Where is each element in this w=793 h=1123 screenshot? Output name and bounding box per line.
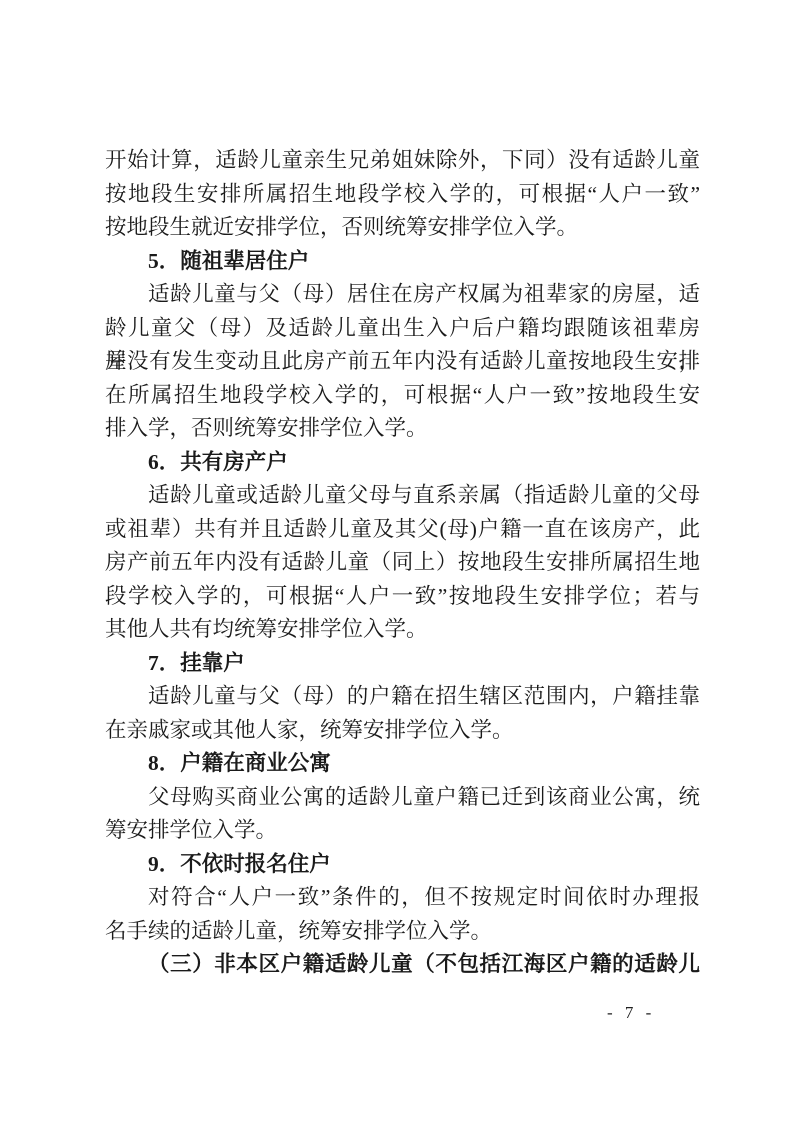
paragraph-line: 适龄儿童或适龄儿童父母与直系亲属（指适龄儿童的父母	[105, 479, 700, 513]
paragraph-line: 并没有发生变动且此房产前五年内没有适龄儿童按地段生安排	[105, 345, 700, 379]
paragraph-line: 在所属招生地段学校入学的，可根据“人户一致”按地段生安	[105, 379, 700, 413]
subsection-heading-non-district: （三）非本区户籍适龄儿童（不包括江海区户籍的适龄儿	[105, 948, 700, 982]
paragraph-line: 开始计算，适龄儿童亲生兄弟姐妹除外，下同）没有适龄儿童	[105, 144, 700, 178]
document-page: 开始计算，适龄儿童亲生兄弟姐妹除外，下同）没有适龄儿童 按地段生安排所属招生地段…	[0, 0, 793, 1123]
paragraph-line: 段学校入学的，可根据“人户一致”按地段生安排学位；若与	[105, 580, 700, 614]
section-heading-9: 9．不依时报名住户	[105, 848, 700, 882]
paragraph-line: 按地段生就近安排学位，否则统筹安排学位入学。	[105, 211, 700, 245]
section-heading-7: 7．挂靠户	[105, 647, 700, 681]
paragraph-line: 父母购买商业公寓的适龄儿童户籍已迁到该商业公寓，统	[105, 781, 700, 815]
section-heading-5: 5．随祖辈居住户	[105, 245, 700, 279]
paragraph-line: 名手续的适龄儿童，统筹安排学位入学。	[105, 915, 700, 949]
paragraph-line: 适龄儿童与父（母）的户籍在招生辖区范围内，户籍挂靠	[105, 680, 700, 714]
page-number: - 7 -	[607, 1003, 655, 1023]
section-heading-6: 6．共有房产户	[105, 446, 700, 480]
paragraph-line: 适龄儿童与父（母）居住在房产权属为祖辈家的房屋，适	[105, 278, 700, 312]
paragraph-line: 对符合“人户一致”条件的，但不按规定时间依时办理报	[105, 881, 700, 915]
paragraph-line: 筹安排学位入学。	[105, 814, 700, 848]
paragraph-line: 房产前五年内没有适龄儿童（同上）按地段生安排所属招生地	[105, 546, 700, 580]
document-body: 开始计算，适龄儿童亲生兄弟姐妹除外，下同）没有适龄儿童 按地段生安排所属招生地段…	[105, 144, 700, 982]
paragraph-line: 龄儿童父（母）及适龄儿童出生入户后户籍均跟随该祖辈房屋，	[105, 312, 700, 346]
paragraph-line: 在亲戚家或其他人家，统筹安排学位入学。	[105, 714, 700, 748]
paragraph-line: 排入学，否则统筹安排学位入学。	[105, 412, 700, 446]
section-heading-8: 8．户籍在商业公寓	[105, 747, 700, 781]
paragraph-line: 或祖辈）共有并且适龄儿童及其父(母)户籍一直在该房产，此	[105, 513, 700, 547]
paragraph-line: 其他人共有均统筹安排学位入学。	[105, 613, 700, 647]
paragraph-line: 按地段生安排所属招生地段学校入学的，可根据“人户一致”	[105, 178, 700, 212]
